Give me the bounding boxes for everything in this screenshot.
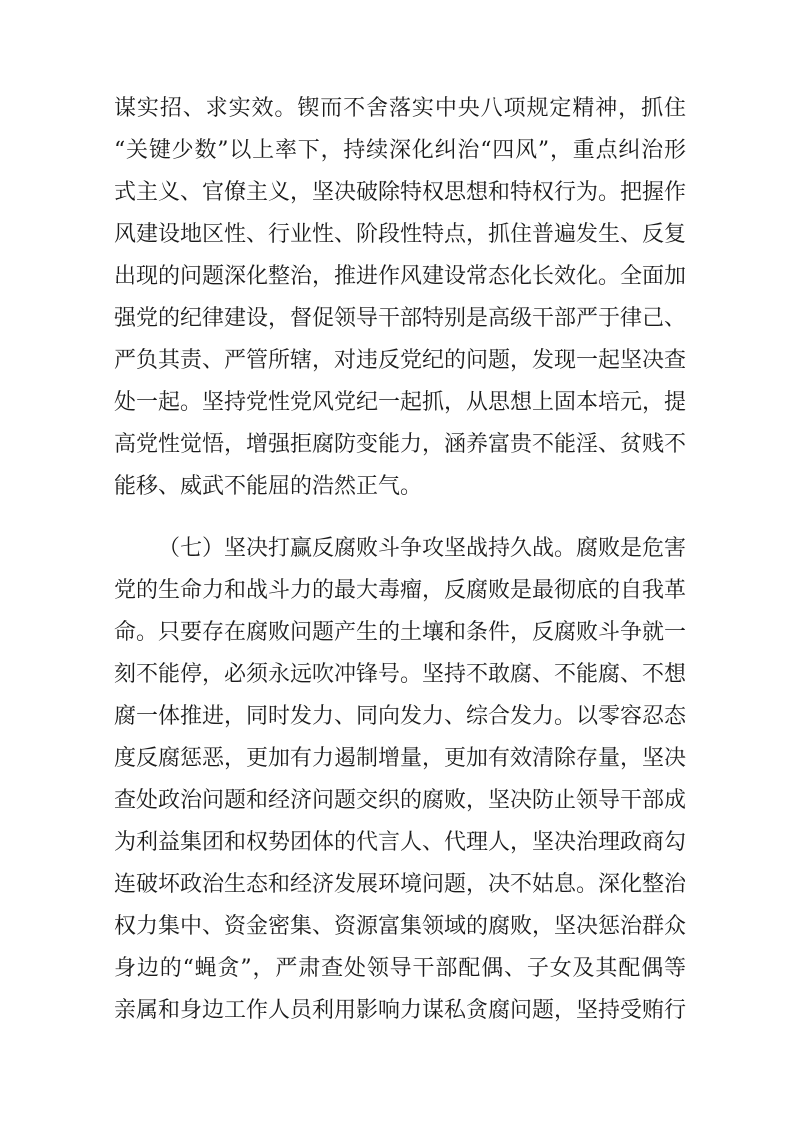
body-paragraph-continuation: 谋实招、求实效。锲而不舍落实中央八项规定精神，抓住“关键少数”以上率下，持续深化… xyxy=(114,88,686,508)
body-paragraph-section-seven: （七）坚决打赢反腐败斗争攻坚战持久战。腐败是危害党的生命力和战斗力的最大毒瘤，反… xyxy=(114,528,686,1032)
document-page: 谋实招、求实效。锲而不舍落实中央八项规定精神，抓住“关键少数”以上率下，持续深化… xyxy=(114,88,686,1032)
